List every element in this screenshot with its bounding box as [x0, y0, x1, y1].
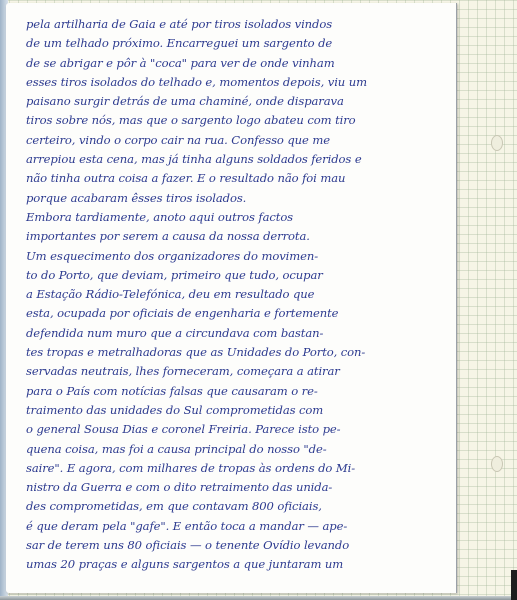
- manuscript-sheet: pela artilharia de Gaia e até por tiros …: [6, 3, 457, 593]
- manuscript-line: traimento das unidades do Sul comprometi…: [26, 401, 456, 420]
- manuscript-line: paisano surgir detrás de uma chaminé, on…: [26, 92, 456, 111]
- manuscript-line: tiros sobre nós, mas que o sargento logo…: [26, 111, 456, 130]
- manuscript-line: esses tiros isolados do telhado e, momen…: [26, 73, 456, 92]
- manuscript-line: arrepiou esta cena, mas já tinha alguns …: [26, 150, 456, 169]
- manuscript-line: umas 20 praças e alguns sargentos a que …: [26, 555, 456, 574]
- manuscript-line: nistro da Guerra e com o dito retraiment…: [26, 478, 456, 497]
- manuscript-line: a Estação Rádio-Telefónica, deu em resul…: [26, 285, 456, 304]
- manuscript-line: quena coisa, mas foi a causa principal d…: [26, 440, 456, 459]
- manuscript-line: de um telhado próximo. Encarreguei um sa…: [26, 34, 456, 53]
- manuscript-line: certeiro, vindo o corpo cair na rua. Con…: [26, 131, 456, 150]
- page-bottom-edge: [0, 596, 517, 600]
- manuscript-line: o general Sousa Dias e coronel Freiria. …: [26, 420, 456, 439]
- manuscript-line: importantes por serem a causa da nossa d…: [26, 227, 456, 246]
- manuscript-line: defendida num muro que a circundava com …: [26, 324, 456, 343]
- manuscript-line: to do Porto, que deviam, primeiro que tu…: [26, 266, 456, 285]
- handwritten-text: pela artilharia de Gaia e até por tiros …: [26, 15, 456, 575]
- manuscript-line: Embora tardiamente, anoto aqui outros fa…: [26, 208, 456, 227]
- binder-hole-top: [491, 135, 503, 151]
- manuscript-line: servadas neutrais, lhes forneceram, come…: [26, 362, 456, 381]
- manuscript-line: porque acabaram êsses tiros isolados.: [26, 189, 456, 208]
- manuscript-line: de se abrigar e pôr à "coca" para ver de…: [26, 54, 456, 73]
- manuscript-line: Um esquecimento dos organizadores do mov…: [26, 247, 456, 266]
- manuscript-line: pela artilharia de Gaia e até por tiros …: [26, 15, 456, 34]
- manuscript-line: saire". E agora, com milhares de tropas …: [26, 459, 456, 478]
- manuscript-line: para o País com notícias falsas que caus…: [26, 382, 456, 401]
- manuscript-line: tes tropas e metralhadoras que as Unidad…: [26, 343, 456, 362]
- corner-shadow: [511, 570, 517, 600]
- manuscript-line: é que deram pela "gafe". E então toca a …: [26, 517, 456, 536]
- manuscript-line: sar de terem uns 80 oficiais — o tenente…: [26, 536, 456, 555]
- manuscript-line: esta, ocupada por oficiais de engenharia…: [26, 304, 456, 323]
- manuscript-line: des comprometidas, em que contavam 800 o…: [26, 497, 456, 516]
- binder-hole-bottom: [491, 456, 503, 472]
- manuscript-line: não tinha outra coisa a fazer. E o resul…: [26, 169, 456, 188]
